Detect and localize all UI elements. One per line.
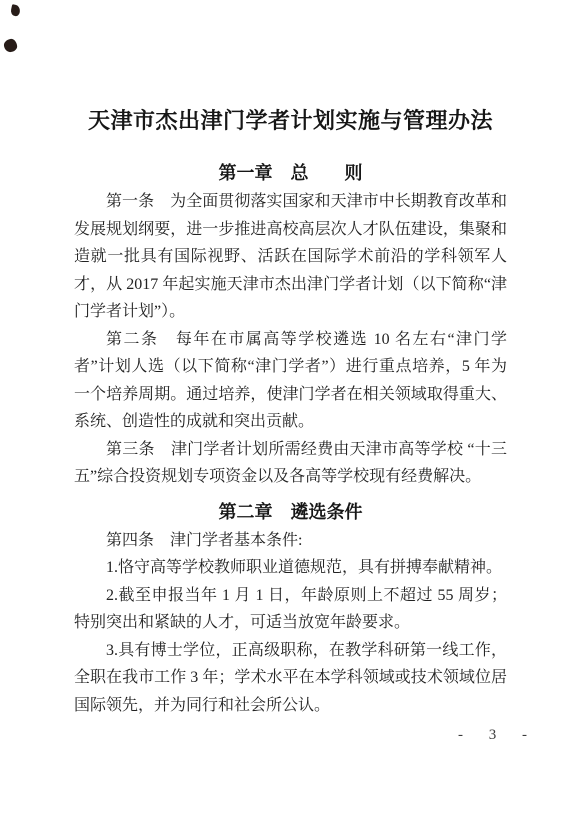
- paragraph-condition-3: 3.具有博士学位，正高级职称，在教学科研第一线工作，全职在我市工作 3 年；学术…: [74, 637, 507, 720]
- document-body: 天津市杰出津门学者计划实施与管理办法 第一章 总 则 第一条 为全面贯彻落实国家…: [74, 104, 507, 719]
- paragraph-article-3: 第三条 津门学者计划所需经费由天津市高等学校 “十三五”综合投资规划专项资金以及…: [74, 436, 507, 491]
- scan-artifact-left: [3, 38, 18, 53]
- paragraph-article-2: 第二条 每年在市属高等学校遴选 10 名左右“津门学者”计划人选（以下简称“津门…: [74, 326, 507, 436]
- document-title: 天津市杰出津门学者计划实施与管理办法: [74, 104, 507, 138]
- chapter-1-heading: 第一章 总 则: [74, 160, 507, 186]
- paragraph-condition-1: 1.恪守高等学校教师职业道德规范，具有拼搏奉献精神。: [74, 554, 507, 582]
- page-number: - 3 -: [458, 727, 538, 744]
- chapter-2-heading: 第二章 遴选条件: [74, 499, 507, 525]
- document-page: 天津市杰出津门学者计划实施与管理办法 第一章 总 则 第一条 为全面贯彻落实国家…: [0, 0, 579, 819]
- paragraph-article-4: 第四条 津门学者基本条件:: [74, 527, 507, 555]
- scan-artifact-top: [10, 4, 21, 17]
- paragraph-article-1: 第一条 为全面贯彻落实国家和天津市中长期教育改革和发展规划纲要，进一步推进高校高…: [74, 188, 507, 326]
- paragraph-condition-2: 2.截至申报当年 1 月 1 日，年龄原则上不超过 55 周岁；特别突出和紧缺的…: [74, 582, 507, 637]
